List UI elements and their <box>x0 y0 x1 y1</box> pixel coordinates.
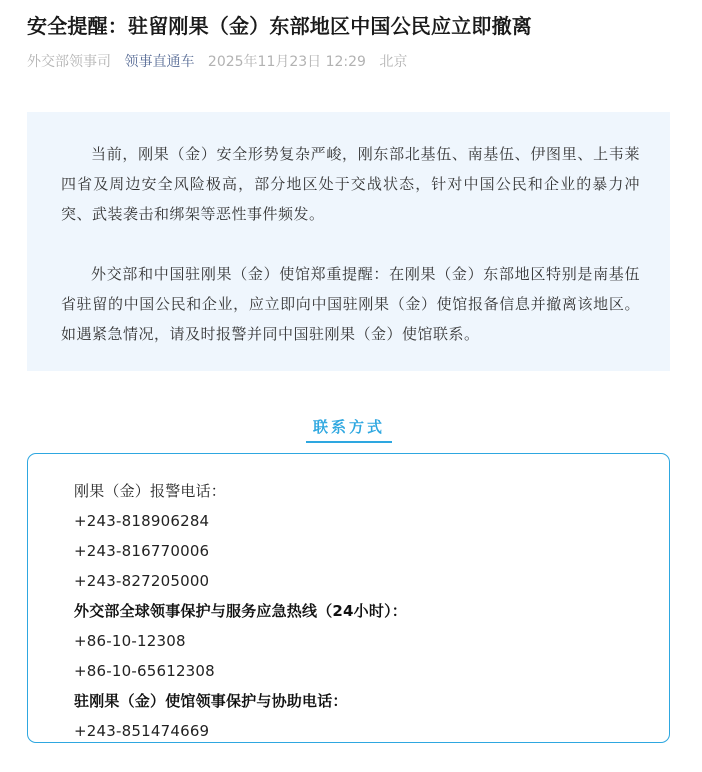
notice-paragraph-1: 当前，刚果（金）安全形势复杂严峻，刚东部北基伍、南基伍、伊图里、上韦莱四省及周边… <box>61 139 640 229</box>
police-phone-number[interactable]: +243-827205000 <box>74 566 669 596</box>
author-label: 外交部领事司 <box>27 54 111 70</box>
embassy-phone-label: 驻刚果（金）使馆领事保护与协助电话： <box>74 686 669 716</box>
hotline-label: 外交部全球领事保护与服务应急热线（24小时）： <box>74 596 669 626</box>
hotline-number[interactable]: +86-10-12308 <box>74 626 669 656</box>
article-meta: 外交部领事司 领事直通车 2025年11月23日 12:29 北京 <box>27 52 416 72</box>
account-link[interactable]: 领事直通车 <box>124 54 194 70</box>
article-title: 安全提醒：驻留刚果（金）东部地区中国公民应立即撤离 <box>27 11 532 41</box>
publish-datetime: 2025年11月23日 12:29 <box>208 54 366 70</box>
police-phone-label: 刚果（金）报警电话： <box>74 476 669 506</box>
publish-location: 北京 <box>379 54 407 70</box>
contact-heading: 联系方式 <box>306 416 392 443</box>
police-phone-number[interactable]: +243-816770006 <box>74 536 669 566</box>
police-phone-number[interactable]: +243-818906284 <box>74 506 669 536</box>
embassy-phone-number[interactable]: +243-851474669 <box>74 716 669 746</box>
notice-paragraph-2: 外交部和中国驻刚果（金）使馆郑重提醒：在刚果（金）东部地区特别是南基伍省驻留的中… <box>61 259 640 349</box>
hotline-number[interactable]: +86-10-65612308 <box>74 656 669 686</box>
notice-box: 当前，刚果（金）安全形势复杂严峻，刚东部北基伍、南基伍、伊图里、上韦莱四省及周边… <box>27 112 670 371</box>
contact-box: 刚果（金）报警电话： +243-818906284 +243-816770006… <box>27 453 670 743</box>
